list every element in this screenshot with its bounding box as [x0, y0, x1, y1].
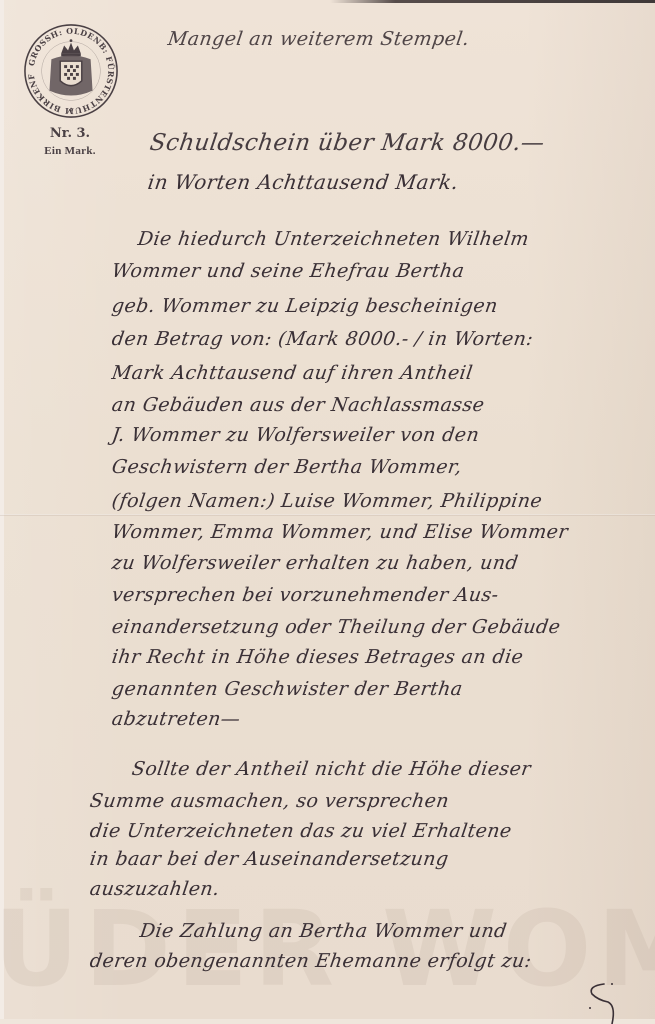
header-note: Mangel an weiterem Stempel. — [166, 28, 470, 50]
text-line: J. Wommer zu Wolfersweiler von den — [110, 424, 480, 446]
scan-top-shadow — [330, 0, 655, 3]
text-line: Sollte der Antheil nicht die Höhe dieser — [130, 758, 532, 780]
signature-flourish-icon — [582, 980, 622, 1024]
seal-coat-of-arms-icon: GROSSH: OLDENB: FÜRSTENTHUM BIRKENFELD. … — [22, 22, 120, 120]
text-line: einandersetzung oder Theilung der Gebäud… — [110, 616, 561, 638]
text-line: zu Wolfersweiler erhalten zu haben, und — [110, 552, 519, 574]
text-line: Geschwistern der Bertha Wommer, — [110, 456, 463, 478]
text-line: Mark Achttausend auf ihren Antheil — [110, 362, 474, 384]
document-title: Schuldschein über Mark 8000.— — [148, 130, 546, 156]
text-line: versprechen bei vorzunehmender Aus- — [110, 584, 500, 606]
document-subtitle: in Worten Achttausend Mark. — [146, 170, 460, 194]
text-line: die Unterzeichneten das zu viel Erhalten… — [88, 820, 513, 842]
text-line: deren obengenannten Ehemanne erfolgt zu: — [88, 950, 533, 972]
page-bottom-edge — [0, 1019, 655, 1024]
text-line: auszuzahlen. — [88, 878, 221, 900]
text-line: geb. Wommer zu Leipzig bescheinigen — [110, 295, 499, 317]
text-line: Die hiedurch Unterzeichneten Wilhelm — [136, 228, 530, 250]
text-line: an Gebäuden aus der Nachlassmasse — [110, 394, 485, 416]
svg-text:❖: ❖ — [68, 108, 73, 114]
watermark: ÜDER WOMMER — [0, 888, 655, 1010]
text-line: genannten Geschwister der Bertha — [110, 678, 464, 700]
text-line: in baar bei der Auseinandersetzung — [88, 848, 450, 870]
stamp-number: Nr. 3. — [0, 126, 140, 141]
paper-fold-crease — [0, 514, 655, 516]
stamp-value: Ein Mark. — [0, 145, 140, 157]
text-line: (folgen Namen:) Luise Wommer, Philippine — [110, 490, 543, 512]
text-line: Wommer, Emma Wommer, und Elise Wommer — [110, 521, 569, 543]
text-line: Die Zahlung an Bertha Wommer und — [138, 920, 508, 942]
text-line: Wommer und seine Ehefrau Bertha — [110, 260, 465, 282]
text-line: abzutreten— — [110, 708, 241, 730]
text-line: Summe ausmachen, so versprechen — [88, 790, 450, 812]
text-line: den Betrag von: (Mark 8000.- / in Worten… — [110, 328, 534, 350]
text-line: ihr Recht in Höhe dieses Betrages an die — [110, 646, 524, 668]
